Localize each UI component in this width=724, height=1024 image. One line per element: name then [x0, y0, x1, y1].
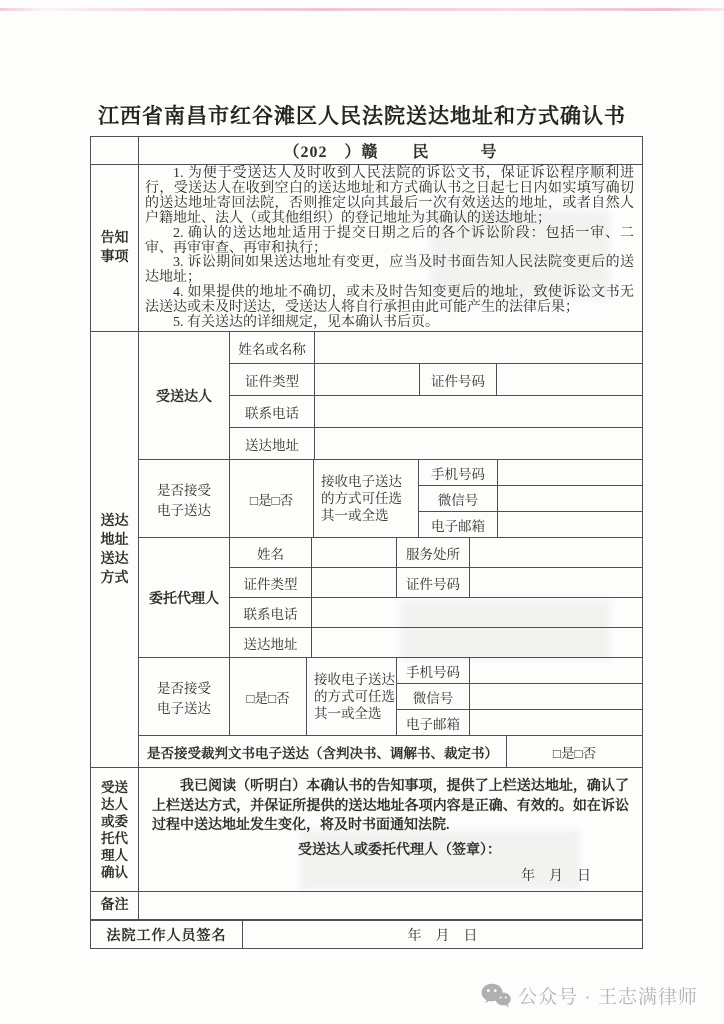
scanned-document-page: 江西省南昌市红谷滩区人民法院送达地址和方式确认书 （202 ）赣 民 号 告知 …: [0, 0, 724, 1024]
remarks-label: 备注: [91, 892, 139, 919]
case-row-left-cell: [91, 137, 139, 164]
notice-item-3: 3. 诉讼期间如果送达地址有变更，应当及时书面告知人民法院变更后的送达地址；: [145, 256, 634, 286]
remarks-section: 备注: [91, 892, 642, 919]
agent-office-value-cell: [470, 538, 642, 568]
confirmation-form-table: （202 ）赣 民 号 告知 事项 1. 为便于受送达人及时收到人民法院的诉讼文…: [90, 136, 643, 920]
recipient-phone-value-cell: [315, 396, 642, 428]
agent-mobile-label: 手机号码: [397, 658, 470, 684]
recipient-electronic-note: 接收电子送达 的方式可任选 其一或全选: [314, 460, 419, 538]
notice-item-1: 1. 为便于受送达人及时收到人民法院的诉讼文书，保证诉讼程序顺利进行，受送达人在…: [145, 167, 634, 227]
recipient-id-number-value-cell: [497, 364, 642, 396]
court-staff-signature-label: 法院工作人员签名: [91, 921, 243, 948]
agent-name-value-cell: [312, 538, 397, 568]
confirmation-label: 受送 达人 或委 托代 理人 确认: [91, 768, 139, 891]
recipient-id-type-value-cell: [315, 364, 420, 396]
agent-subtable: 委托代理人 姓名 服务处所 证件类型 证件号码 联系电话 送达地址: [139, 538, 642, 658]
agent-electronic-question: 是否接受 电子送达: [139, 658, 230, 736]
recipient-id-number-label: 证件号码: [420, 364, 497, 396]
agent-wechat-label: 微信号: [397, 684, 470, 710]
recipient-mobile-value-cell: [498, 460, 642, 486]
recipient-electronic-options: □是□否: [230, 460, 314, 538]
agent-email-label: 电子邮箱: [397, 710, 470, 736]
agent-mobile-value-cell: [470, 658, 642, 684]
notice-item-4: 4. 如果提供的地址不确切，或未及时告知变更后的地址，致使诉讼文书无法送达或未及…: [145, 286, 634, 316]
confirmation-date-placeholder: 年 月 日: [152, 865, 629, 885]
judgment-electronic-options: □是□否: [507, 736, 642, 767]
wechat-icon: [481, 983, 511, 1008]
agent-wechat-value-cell: [470, 684, 642, 710]
agent-office-label: 服务处所: [397, 538, 470, 568]
service-section-label: 送达 地址 送达 方式: [91, 332, 139, 767]
agent-id-type-label: 证件类型: [230, 568, 312, 598]
recipient-wechat-label: 微信号: [419, 486, 498, 512]
form-title: 江西省南昌市红谷滩区人民法院送达地址和方式确认书: [0, 100, 724, 130]
agent-electronic-subtable: 是否接受 电子送达 □是□否 接收电子送达 的方式可任选 其一或全选 手机号码 …: [139, 658, 642, 736]
recipient-address-label: 送达地址: [230, 428, 315, 460]
agent-id-number-value-cell: [470, 568, 642, 598]
scan-pink-line: [0, 8, 724, 11]
confirmation-section: 受送 达人 或委 托代 理人 确认 我已阅读（听明白）本确认书的告知事项，提供了…: [91, 768, 642, 892]
recipient-email-value-cell: [498, 512, 642, 538]
court-staff-signature-table: 法院工作人员签名 年 月 日: [90, 920, 643, 949]
remarks-value-cell: [139, 892, 642, 919]
agent-address-value-cell: [312, 628, 642, 658]
wechat-account-text: 公众号 · 王志满律师: [518, 982, 698, 1009]
recipient-role-label: 受送达人: [139, 332, 230, 460]
recipient-address-value-cell: [315, 428, 642, 460]
notice-body: 1. 为便于受送达人及时收到人民法院的诉讼文书，保证诉讼程序顺利进行，受送达人在…: [139, 165, 642, 331]
agent-id-type-value-cell: [312, 568, 397, 598]
recipient-id-type-label: 证件类型: [230, 364, 315, 396]
wechat-watermark: 公众号 · 王志满律师: [481, 982, 698, 1009]
recipient-name-value-cell: [315, 332, 642, 364]
notice-item-5: 5. 有关送达的详细规定，见本确认书后页。: [145, 316, 634, 331]
agent-electronic-options: □是□否: [230, 658, 307, 736]
agent-address-label: 送达地址: [230, 628, 312, 658]
agent-phone-label: 联系电话: [230, 598, 312, 628]
judgment-electronic-row: 是否接受裁判文书电子送达（含判决书、调解书、裁定书） □是□否: [139, 736, 642, 767]
agent-email-value-cell: [470, 710, 642, 736]
case-number: （202 ）赣 民 号: [139, 137, 642, 164]
notice-item-2: 2. 确认的送达地址适用于提交日期之后的各个诉讼阶段：包括一审、二审、再审审查、…: [145, 227, 634, 257]
service-address-section: 送达 地址 送达 方式 受送达人 姓名或名称 证件类型 证件号码 联系电话 送达…: [91, 332, 642, 768]
recipient-email-label: 电子邮箱: [419, 512, 498, 538]
agent-electronic-note: 接收电子送达 的方式可任选 其一或全选: [307, 658, 397, 736]
recipient-electronic-question: 是否接受 电子送达: [139, 460, 230, 538]
signature-label: 受送达人或委托代理人（签章）：: [152, 839, 629, 859]
confirmation-body: 我已阅读（听明白）本确认书的告知事项，提供了上栏送达地址，确认了上栏送达方式，并…: [139, 768, 642, 891]
recipient-mobile-label: 手机号码: [419, 460, 498, 486]
judgment-electronic-label: 是否接受裁判文书电子送达（含判决书、调解书、裁定书）: [139, 736, 507, 767]
case-number-row: （202 ）赣 民 号: [91, 137, 642, 165]
agent-role-label: 委托代理人: [139, 538, 230, 658]
recipient-name-label: 姓名或名称: [230, 332, 315, 364]
recipient-subtable: 受送达人 姓名或名称 证件类型 证件号码 联系电话 送达地址: [139, 332, 642, 460]
recipient-wechat-value-cell: [498, 486, 642, 512]
agent-id-number-label: 证件号码: [397, 568, 470, 598]
confirmation-statement: 我已阅读（听明白）本确认书的告知事项，提供了上栏送达地址，确认了上栏送达方式，并…: [152, 777, 629, 836]
court-staff-date-placeholder: 年 月 日: [243, 921, 642, 948]
agent-phone-value-cell: [312, 598, 642, 628]
recipient-phone-label: 联系电话: [230, 396, 315, 428]
recipient-electronic-subtable: 是否接受 电子送达 □是□否 接收电子送达 的方式可任选 其一或全选 手机号码 …: [139, 460, 642, 538]
notice-section: 告知 事项 1. 为便于受送达人及时收到人民法院的诉讼文书，保证诉讼程序顺利进行…: [91, 165, 642, 332]
agent-name-label: 姓名: [230, 538, 312, 568]
notice-label: 告知 事项: [91, 165, 139, 331]
